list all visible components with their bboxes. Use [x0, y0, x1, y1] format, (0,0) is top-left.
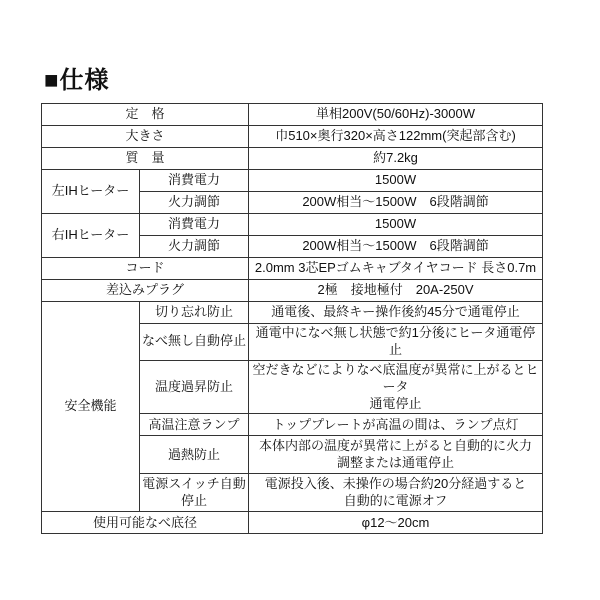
row-left-heater-power: 左IHヒーター 消費電力 1500W	[42, 170, 543, 192]
row-size: 大きさ 巾510×奥行320×高さ122mm(突起部含む)	[42, 126, 543, 148]
cord-value: 2.0mm 3芯EPゴムキャブタイヤコード 長さ0.7m	[249, 258, 543, 280]
right-heater-heat-value: 200W相当～1500W 6段階調節	[249, 236, 543, 258]
row-safety-auto-off-timer: 安全機能 切り忘れ防止 通電後、最終キー操作後約45分で通電停止	[42, 302, 543, 324]
row-plug: 差込みプラグ 2極 接地極付 20A-250V	[42, 280, 543, 302]
row-weight: 質 量 約7.2kg	[42, 148, 543, 170]
spec-page: ■仕様 定 格 単相200V(50/60Hz)-3000W 大きさ 巾510×奥…	[0, 0, 600, 600]
left-heater-power-label: 消費電力	[140, 170, 249, 192]
size-value: 巾510×奥行320×高さ122mm(突起部含む)	[249, 126, 543, 148]
right-heater-heat-label: 火力調節	[140, 236, 249, 258]
row-pot-diameter: 使用可能なべ底径 φ12～20cm	[42, 512, 543, 534]
safety-auto-off-timer-label: 切り忘れ防止	[140, 302, 249, 324]
page-title: ■仕様	[44, 68, 110, 94]
left-heater-heat-label: 火力調節	[140, 192, 249, 214]
safety-no-pot-stop-value: 通電中になべ無し状態で約1分後にヒータ通電停止	[249, 324, 543, 361]
plug-label: 差込みプラグ	[42, 280, 249, 302]
safety-auto-off-timer-value: 通電後、最終キー操作後約45分で通電停止	[249, 302, 543, 324]
safety-overheat-prevent-label: 過熱防止	[140, 436, 249, 474]
pot-diameter-value: φ12～20cm	[249, 512, 543, 534]
right-heater-group-label: 右IHヒーター	[42, 214, 140, 258]
weight-value: 約7.2kg	[249, 148, 543, 170]
safety-group-label: 安全機能	[42, 302, 140, 512]
safety-hot-lamp-value: トッププレートが高温の間は、ランプ点灯	[249, 414, 543, 436]
safety-power-switch-auto-stop-value: 電源投入後、未操作の場合約20分経過すると 自動的に電源オフ	[249, 474, 543, 512]
left-heater-group-label: 左IHヒーター	[42, 170, 140, 214]
row-right-heater-power: 右IHヒーター 消費電力 1500W	[42, 214, 543, 236]
left-heater-heat-value: 200W相当～1500W 6段階調節	[249, 192, 543, 214]
safety-overheat-prevent-value: 本体内部の温度が異常に上がると自動的に火力 調整または通電停止	[249, 436, 543, 474]
rated-value: 単相200V(50/60Hz)-3000W	[249, 104, 543, 126]
weight-label: 質 量	[42, 148, 249, 170]
safety-overheat-rise-label: 温度過昇防止	[140, 360, 249, 414]
rated-label: 定 格	[42, 104, 249, 126]
safety-power-switch-auto-stop-label: 電源スイッチ自動停止	[140, 474, 249, 512]
safety-no-pot-stop-label: なべ無し自動停止	[140, 324, 249, 361]
right-heater-power-label: 消費電力	[140, 214, 249, 236]
pot-diameter-label: 使用可能なべ底径	[42, 512, 249, 534]
left-heater-power-value: 1500W	[249, 170, 543, 192]
safety-hot-lamp-label: 高温注意ランプ	[140, 414, 249, 436]
spec-table: 定 格 単相200V(50/60Hz)-3000W 大きさ 巾510×奥行320…	[41, 103, 543, 534]
row-rated: 定 格 単相200V(50/60Hz)-3000W	[42, 104, 543, 126]
size-label: 大きさ	[42, 126, 249, 148]
right-heater-power-value: 1500W	[249, 214, 543, 236]
plug-value: 2極 接地極付 20A-250V	[249, 280, 543, 302]
safety-overheat-rise-value: 空だきなどによりなべ底温度が異常に上がるとヒータ 通電停止	[249, 360, 543, 414]
row-cord: コード 2.0mm 3芯EPゴムキャブタイヤコード 長さ0.7m	[42, 258, 543, 280]
cord-label: コード	[42, 258, 249, 280]
